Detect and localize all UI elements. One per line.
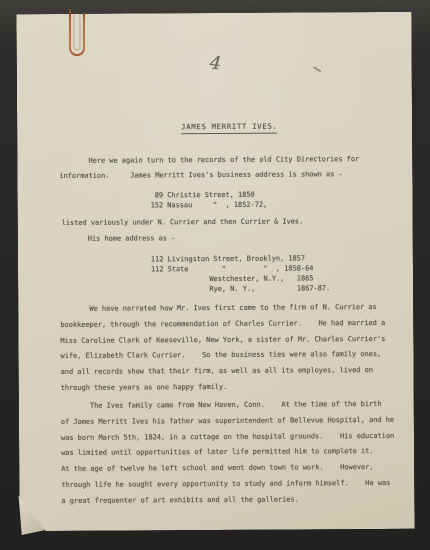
paragraph-family-ties: We have narrated how Mr. Ives first came… [60, 300, 385, 397]
pencil-smudge [313, 66, 321, 72]
home-address-intro: His home address as - [88, 234, 176, 243]
home-address-list: 112 Livingston Street, Brooklyn, 1857 11… [151, 254, 330, 295]
business-address-list: 89 Christie Street, 1850 152 Nassau " , … [151, 191, 268, 211]
document-page: 4 JAMES MERRITT IVES. Here we again turn… [16, 12, 414, 531]
page-title: JAMES MERRITT IVES. [181, 122, 278, 134]
listed-note: listed variously under N. Currier and th… [62, 217, 304, 226]
paperclip-icon [63, 9, 91, 63]
intro-paragraph: Here we again turn to the records of the… [59, 152, 359, 184]
pencil-page-number: 4 [209, 52, 222, 74]
paragraph-early-life: The Ives family came from New Haven, Con… [61, 397, 395, 510]
